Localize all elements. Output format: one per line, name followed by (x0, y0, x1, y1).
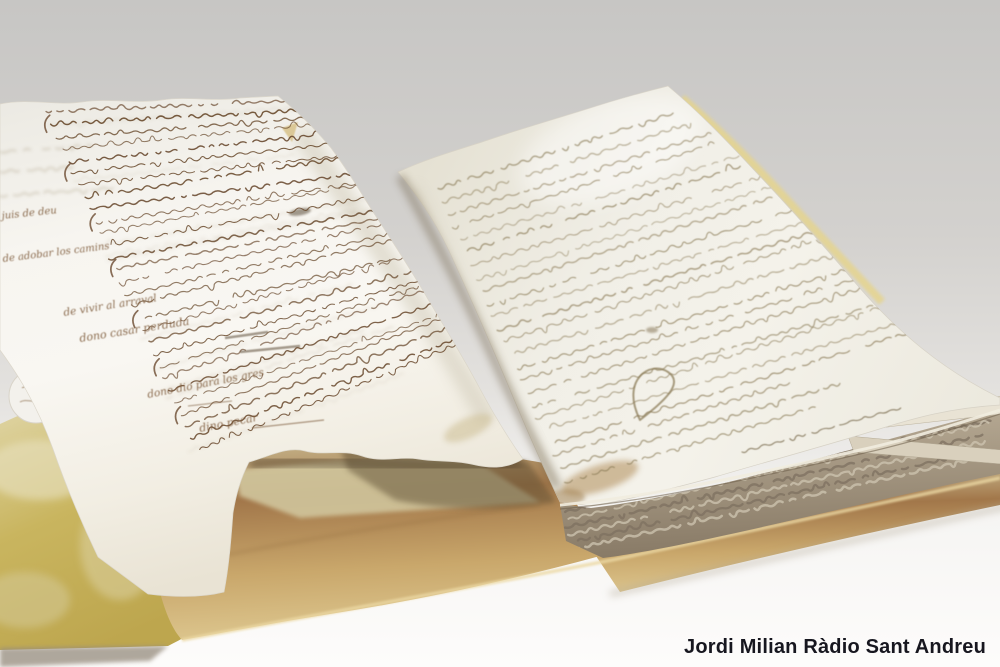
ink-smudge (646, 327, 658, 333)
manuscript-scene: juis de deu de adobar los camins de vivi… (0, 0, 1000, 667)
manuscript-photograph: juis de deu de adobar los camins de vivi… (0, 0, 1000, 667)
photo-credit: Jordi Milian Ràdio Sant Andreu (684, 636, 986, 659)
